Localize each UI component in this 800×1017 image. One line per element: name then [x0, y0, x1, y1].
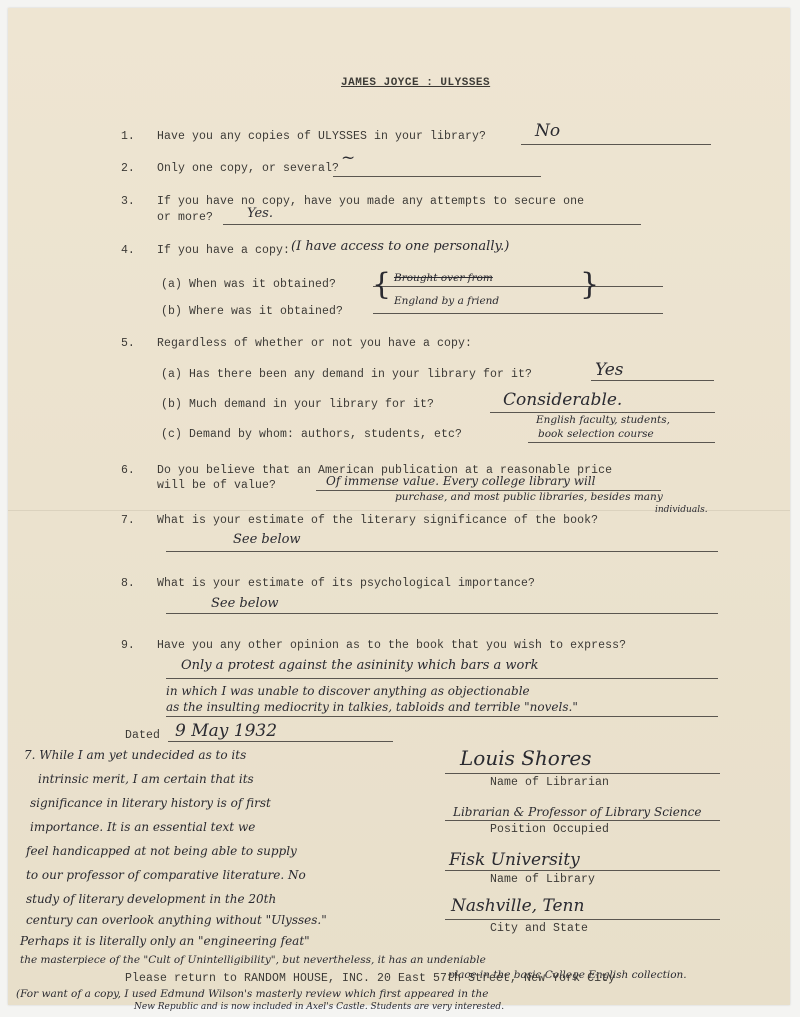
q6-answer-line3: individuals. [655, 505, 708, 515]
note-line-2: intrinsic merit, I am certain that its [38, 772, 254, 786]
q7-number: 7. [121, 514, 135, 527]
q8-answer-line [166, 613, 718, 614]
librarian-name: Louis Shores [460, 746, 592, 770]
q6-text-line2: will be of value? [157, 479, 276, 492]
q5a-answer: Yes [595, 360, 624, 380]
q3-answer-line [223, 224, 641, 225]
position-line [445, 820, 720, 821]
q9-answer-line2: in which I was unable to discover anythi… [166, 684, 530, 698]
q5a-label: (a) Has there been any demand in your li… [161, 368, 532, 381]
questionnaire-page: JAMES JOYCE : ULYSSES 1. Have you any co… [8, 8, 790, 1005]
note-line-12: (For want of a copy, I used Edmund Wilso… [16, 988, 489, 1000]
note-line-10: the masterpiece of the "Cult of Unintell… [20, 954, 486, 966]
q2-text: Only one copy, or several? [157, 162, 339, 175]
q9-answer-line3: as the insulting mediocrity in talkies, … [166, 700, 578, 714]
library-name-line [445, 870, 720, 871]
q2-number: 2. [121, 162, 135, 175]
q4b-answer-line [373, 313, 663, 314]
q5-number: 5. [121, 337, 135, 350]
city-state-label: City and State [490, 922, 588, 935]
q3-text-line1: If you have no copy, have you made any a… [157, 195, 584, 208]
q7-text: What is your estimate of the literary si… [157, 514, 598, 527]
q5a-answer-line [591, 380, 714, 381]
q5c-answer-line1: English faculty, students, [536, 414, 670, 426]
q7-answer: See below [233, 532, 301, 547]
q5c-label: (c) Demand by whom: authors, students, e… [161, 428, 462, 441]
position-label: Position Occupied [490, 823, 609, 836]
q4-text: If you have a copy: [157, 244, 290, 257]
note-line-5: feel handicapped at not being able to su… [26, 844, 297, 858]
right-brace: } [580, 270, 599, 300]
note-line-13: New Republic and is now included in Axel… [134, 1002, 504, 1012]
q4b-label: (b) Where was it obtained? [161, 305, 343, 318]
librarian-name-line [445, 773, 720, 774]
q6-answer-line2: purchase, and most public libraries, bes… [395, 491, 663, 503]
q3-text-line2: or more? [157, 211, 213, 224]
q9-text: Have you any other opinion as to the boo… [157, 639, 626, 652]
q1-answer: No [535, 121, 560, 141]
library-name: Fisk University [449, 850, 580, 870]
q9-number: 9. [121, 639, 135, 652]
dated-value: 9 May 1932 [175, 721, 277, 741]
q4b-answer: England by a friend [394, 295, 499, 307]
left-brace: { [372, 270, 391, 300]
q5b-label: (b) Much demand in your library for it? [161, 398, 434, 411]
q5c-answer-line2: book selection course [538, 428, 654, 440]
q2-answer-line [333, 176, 541, 177]
q1-text: Have you any copies of ULYSSES in your l… [157, 130, 486, 143]
city-state-line [445, 919, 720, 920]
q7-answer-line [166, 551, 718, 552]
q5c-answer-line [528, 442, 715, 443]
note-line-9: Perhaps it is literally only an "enginee… [20, 934, 310, 948]
note-line-3: significance in literary history is of f… [30, 796, 271, 810]
q5b-answer: Considerable. [503, 390, 622, 410]
q4a-label: (a) When was it obtained? [161, 278, 336, 291]
q5-text: Regardless of whether or not you have a … [157, 337, 472, 350]
q4-number: 4. [121, 244, 135, 257]
library-name-label: Name of Library [490, 873, 595, 886]
q6-number: 6. [121, 464, 135, 477]
note-line-6: to our professor of comparative literatu… [26, 868, 306, 882]
document-title: JAMES JOYCE : ULYSSES [341, 77, 490, 89]
city-state: Nashville, Tenn [451, 896, 584, 916]
q9-answer-line-2 [166, 716, 718, 717]
q6-answer-line1: Of immense value. Every college library … [326, 474, 595, 488]
q1-answer-line [521, 144, 711, 145]
q9-answer-line-1 [166, 678, 718, 679]
q4-annotation: (I have access to one personally.) [291, 239, 509, 254]
q8-number: 8. [121, 577, 135, 590]
q8-text: What is your estimate of its psychologic… [157, 577, 535, 590]
return-notice: Please return to RANDOM HOUSE, INC. 20 E… [125, 972, 615, 985]
note-line-7: study of literary development in the 20t… [26, 892, 276, 906]
q1-number: 1. [121, 130, 135, 143]
q8-answer: See below [211, 596, 279, 611]
q4a-answer-line [373, 286, 663, 287]
q2-answer: ~ [341, 148, 355, 168]
note-line-8: century can overlook anything without "U… [26, 913, 327, 927]
position-occupied: Librarian & Professor of Library Science [453, 805, 701, 819]
note-line-1: 7. While I am yet undecided as to its [24, 748, 246, 762]
q4a-answer: Brought over from [394, 272, 493, 284]
dated-label: Dated [125, 729, 160, 742]
q3-number: 3. [121, 195, 135, 208]
q9-answer-line1: Only a protest against the asininity whi… [181, 658, 538, 673]
dated-line [168, 741, 393, 742]
note-line-4: importance. It is an essential text we [30, 820, 255, 834]
librarian-name-label: Name of Librarian [490, 776, 609, 789]
q3-answer: Yes. [247, 206, 273, 221]
q5b-answer-line [490, 412, 715, 413]
